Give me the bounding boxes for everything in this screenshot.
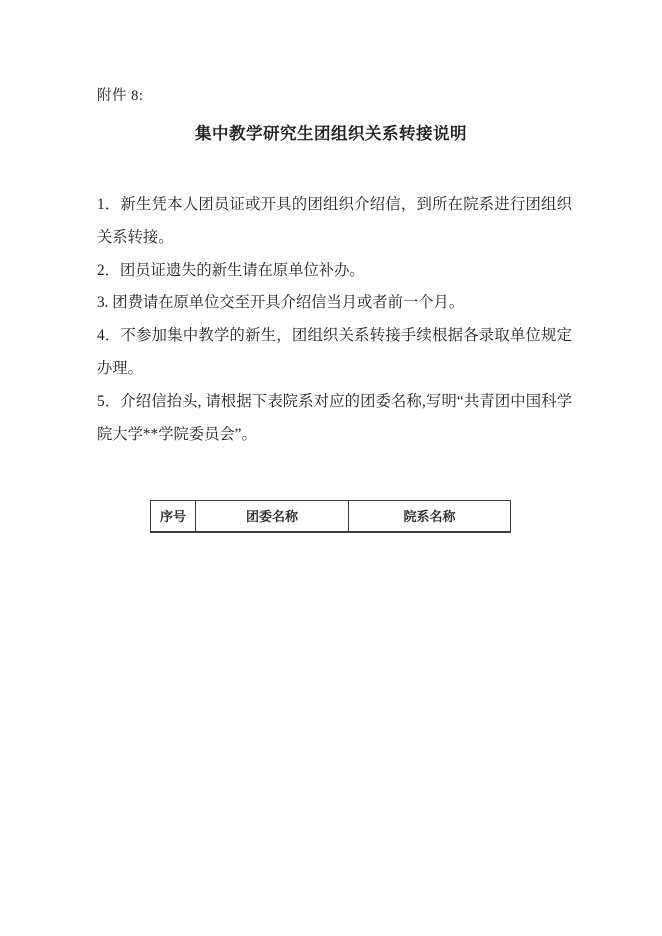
- committee-table: 序号团委名称院系名称: [150, 500, 511, 533]
- attachment-label: 附件 8:: [97, 86, 143, 106]
- table-header-row: 序号团委名称院系名称: [151, 501, 511, 532]
- body-paragraph: 2．团员证遗失的新生请在原单位补办。: [97, 255, 572, 288]
- body-paragraphs: 1．新生凭本人团员证或开具的团组织介绍信，到所在院系进行团组织关系转接。2．团员…: [97, 189, 572, 451]
- table-header-cell: 院系名称: [349, 501, 511, 532]
- committee-table-head: 序号团委名称院系名称: [151, 501, 511, 532]
- body-paragraph: 4．不参加集中教学的新生，团组织关系转接手续根据各录取单位规定办理。: [97, 320, 572, 386]
- body-paragraph: 1．新生凭本人团员证或开具的团组织介绍信，到所在院系进行团组织关系转接。: [97, 189, 572, 255]
- table-header-cell: 序号: [151, 501, 196, 532]
- document-page: 附件 8: 集中教学研究生团组织关系转接说明 1．新生凭本人团员证或开具的团组织…: [0, 0, 662, 936]
- body-paragraph: 3. 团费请在原单位交至开具介绍信当月或者前一个月。: [97, 287, 572, 320]
- table-header-cell: 团委名称: [196, 501, 349, 532]
- body-paragraph: 5．介绍信抬头, 请根据下表院系对应的团委名称,写明“共青团中国科学院大学**学…: [97, 386, 572, 452]
- page-title: 集中教学研究生团组织关系转接说明: [0, 123, 662, 145]
